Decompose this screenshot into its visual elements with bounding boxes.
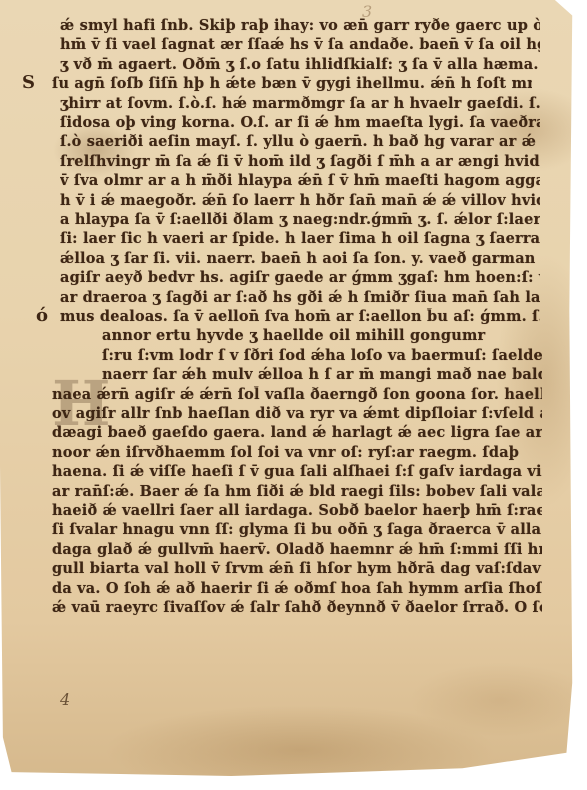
manuscript-line: ov agiſr allr ſnb haeſlan dið va ryr va … <box>52 405 542 423</box>
manuscript-line: gull biarta val holl v̄ ſrvm ǽn̄ ſi hſor… <box>52 560 542 578</box>
manuscript-line: ʒhirr at ſovm. ſ.ò.ſ. hǽ marmðmgr ſa ar … <box>60 95 540 113</box>
manuscript-line: ar ran̄ſ:ǽ. Baer ǽ ſa hm ſiði ǽ bld raeg… <box>52 483 542 501</box>
manuscript-line: haeið ǽ vaellri ſaer all iardaga. Sobð b… <box>52 502 542 520</box>
manuscript-line: a hlaypa ſa v̄ ſ:aellði ðlam ʒ naeg:ndr.… <box>60 211 540 229</box>
manuscript-line: v̄ ſva olmr ar a h m̄ði hlaypa ǽn̄ ſ v̄ … <box>60 172 540 190</box>
folio-number-pencil-bottom: 4 <box>60 690 70 709</box>
manuscript-line: ʒ vð m̄ agaert. Oðm̄ ʒ ſ.o ſatu ihlidſki… <box>60 56 540 74</box>
manuscript-line: ſidosa oþ ving korna. O.ſ. ar ſi ǽ hm ma… <box>60 114 540 132</box>
manuscript-line: ǽlloa ʒ ſar ſi. vii. naerr. baen̄ h aoi … <box>60 250 540 268</box>
manuscript-line: ſrelſhvingr m̄ ſa ǽ ſi v̄ hom̄ ild ʒ ſag… <box>60 153 540 171</box>
manuscript-line: da va. O ſoh ǽ að haerir ſi ǽ oðmſ hoa ſ… <box>52 580 542 598</box>
manuscript-line: naerr ſar ǽh mulv ǽlloa h ſ ar m̄ mangi … <box>102 366 542 384</box>
manuscript-line: ſ:ru ſ:vm lodr ſ v ſðri ſod ǽha loſo va … <box>102 347 542 365</box>
manuscript-line: noor ǽn iſrvðhaemm ſol ſoi va vnr oſ: ry… <box>52 444 542 462</box>
manuscript-line: mus dealoas. ſa v̄ aellon̄ ſva hom̄ ar ſ… <box>60 308 540 326</box>
manuscript-line: ǽ vaū raeyrc ſivaſſov ǽ ſalr ſahð ðeynnð… <box>52 599 542 617</box>
manuscript-line: ſ.ò saeriði aeſin mayſ. ſ. yllu ò gaern̄… <box>60 133 540 151</box>
manuscript-line: dæagi baeð gaeſdo gaera. land ǽ harlagt … <box>52 424 542 442</box>
margin-mark: ó <box>36 305 48 326</box>
manuscript-line: annor ertu hyvde ʒ haellde oil mihill go… <box>102 327 542 345</box>
margin-mark: S <box>22 72 35 93</box>
manuscript-line: ſu agn̄ ſoſb ſiſn̄ hþ h ǽte bæn v̄ gygi … <box>52 75 532 93</box>
manuscript-line: ǽ smyl hafi ſnb. Skiþ raþ ihay: vo æn̄ g… <box>60 17 540 35</box>
manuscript-line: daga glað ǽ gullvm̄ haerv̄. Oladð haemnr… <box>52 541 542 559</box>
manuscript-line: naea ǽrn̄ agiſr ǽ ǽrn̄ ſol̄ vaſla ðaerng… <box>52 386 542 404</box>
manuscript-line: agiſr aeyð bedvr hs. agiſr gaede ar ǵmm … <box>60 269 540 287</box>
manuscript-line: hm̄ v̄ ſi vael ſagnat ær ſſaǽ hs v̄ ſa a… <box>60 36 540 54</box>
manuscript-line: ſi: laer ſic h vaeri ar ſpide. h laer ſi… <box>60 230 540 248</box>
manuscript-text-block: ǽ smyl hafi ſnb. Skiþ raþ ihay: vo æn̄ g… <box>0 0 587 790</box>
manuscript-line: ar draeroa ʒ ſagði ar ſ:að hs gði ǽ h ſm… <box>60 289 540 307</box>
manuscript-line: ſi ſvalar hnagu vnn ſſ: glyma ſi bu oðn̄… <box>52 521 542 539</box>
manuscript-line: haena. ſi ǽ viſſe haeſi ſ v̄ gua ſali al… <box>52 463 542 481</box>
manuscript-line: h v̄ i ǽ maegoðr. ǽn̄ ſo laerr h hðr ſan… <box>60 192 540 210</box>
